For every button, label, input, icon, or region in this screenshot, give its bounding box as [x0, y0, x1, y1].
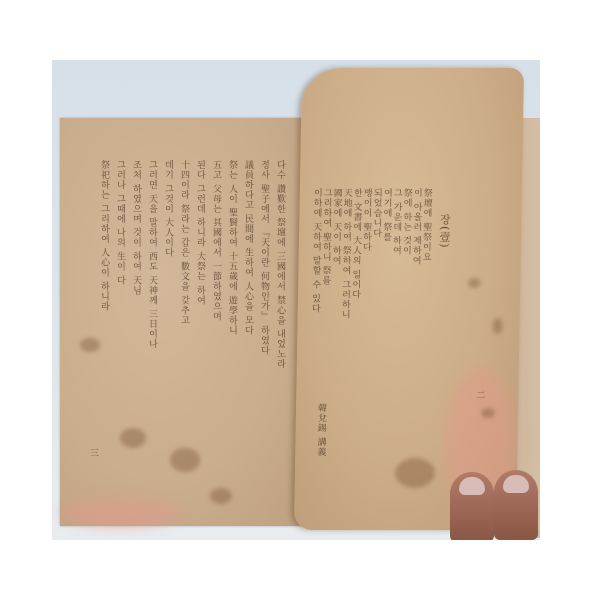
- stain: [170, 448, 200, 472]
- text-column: 이하에 天하여 말할 수 있다: [310, 188, 321, 313]
- right-page: 장(壹) 祭壇에 聖祭이요이 아울러 제하여祭에 하는 것이그 가운데 하여여기…: [294, 68, 524, 530]
- stain: [120, 428, 146, 448]
- stain: [60, 498, 180, 528]
- fingernail: [503, 475, 529, 493]
- stain: [80, 338, 100, 352]
- fingernail: [459, 477, 485, 495]
- stain: [395, 458, 436, 488]
- text-column: 祭에 하는 것이: [401, 188, 411, 256]
- text-column: 맹이이 聖하다: [361, 188, 371, 252]
- text-column: 그 가운데 하여: [391, 188, 401, 256]
- text-column: 五고 父母는 其國에서 一節하였으며: [211, 160, 220, 322]
- text-column: 十四이라 祭라는 갑은 數文을 갖추고: [179, 160, 188, 325]
- text-column: 여기에 祭를: [381, 188, 391, 242]
- finger: [494, 470, 538, 540]
- stain: [210, 488, 232, 504]
- text-column: 조처 하였으며 것이 하여 天님: [131, 160, 140, 295]
- text-column: 이 아울러 제하여: [411, 188, 421, 266]
- author-mark: 韓兌錫 講義: [315, 403, 325, 457]
- text-column: 정사 聖子에서 『天이란 何物인가』 하였다: [259, 160, 268, 355]
- book-photo: 다수 讚歎한 祭壇에 三國에서 禁心을 내었노라정사 聖子에서 『天이란 何物인…: [52, 60, 540, 540]
- text-column: 祭壇에 聖祭이요: [421, 188, 431, 262]
- finger: [450, 472, 494, 540]
- text-column: 國家에 天이 하여: [331, 188, 341, 266]
- text-column: 데기 그것이 大人이다: [163, 160, 172, 258]
- stain: [468, 278, 480, 288]
- text-column: 議員하다고 民間에 生하여 人心을 모다: [243, 160, 252, 335]
- text-column: 그리하여 聖하니 祭를: [320, 188, 331, 286]
- page-number: 三: [90, 446, 99, 459]
- text-column: 祭는 人이 聖賢하여 十五歲에 遊學하니: [227, 160, 236, 335]
- left-page: 다수 讚歎한 祭壇에 三國에서 禁心을 내었노라정사 聖子에서 『天이란 何物인…: [60, 118, 308, 526]
- page-number: 二: [476, 388, 485, 401]
- text-column: 된다 그런데 하니라 大祭는 하여: [195, 160, 204, 305]
- stain: [492, 318, 502, 334]
- text-column: 되었습니다: [371, 188, 381, 238]
- text-column: 다수 讚歎한 祭壇에 三國에서 禁心을 내었노라: [275, 160, 284, 369]
- text-column: 祭祀하는 그리하여 人心이 하니라: [99, 160, 108, 312]
- text-column: 그러면 天을 말하여 西도 天神께 三日이나: [147, 160, 156, 349]
- text-column: 그러나 그때에 나의 生이 다: [115, 160, 124, 285]
- chapter-heading: 장(壹): [439, 214, 451, 249]
